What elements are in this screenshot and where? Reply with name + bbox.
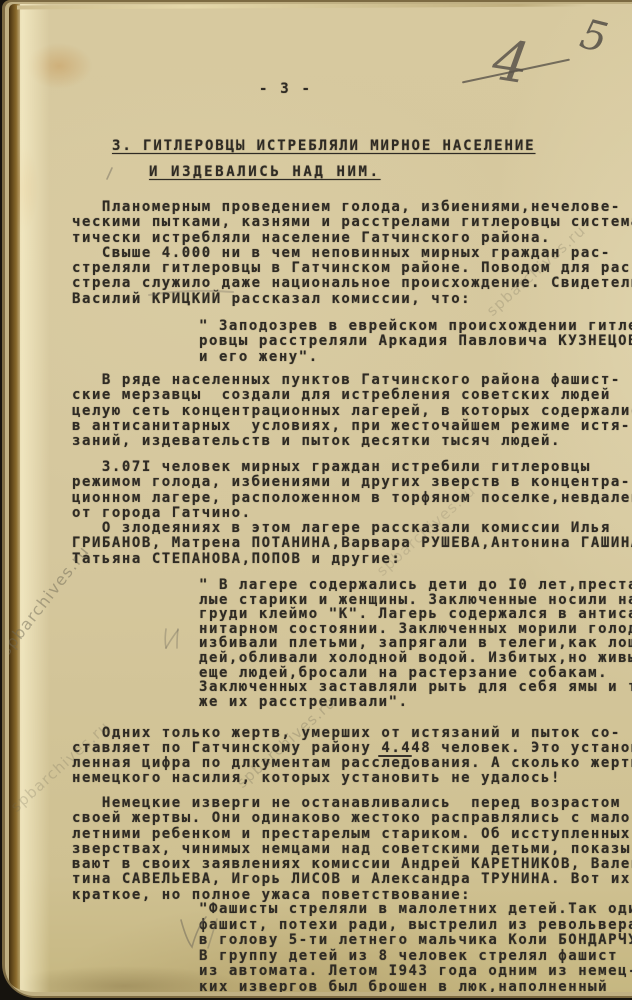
- handwritten-crossed-number: 4: [488, 28, 533, 98]
- witness-quote-kuznetsov: " Заподозрев в еврейском происхождении г…: [199, 319, 632, 365]
- paragraph-children: Немецкие изверги не останавливались пере…: [72, 796, 632, 903]
- witness-quote-children: "Фашисты стреляли в малолетних детей.Так…: [199, 902, 632, 992]
- pencil-letter-mark: [166, 630, 178, 648]
- paragraph-intro: Планомерным проведением голода, избиения…: [72, 200, 632, 307]
- scanned-document-photo: { "document": { "typed_page_number": "- …: [0, 0, 632, 1000]
- paragraph-camp-victims: 3.07I человек мирных граждан истребили г…: [72, 460, 632, 567]
- handwritten-page-number: 5: [576, 10, 613, 63]
- section-heading-line2: И ИЗДЕВАЛИСЬ НАД НИМ.: [149, 165, 381, 180]
- underline-4448-figure: [378, 755, 412, 757]
- typed-page-number: - 3 -: [259, 82, 312, 97]
- pencil-letter-mark: [165, 629, 166, 648]
- page-top-edge: [17, 4, 587, 9]
- document-page: spbarchives.ru spbarchives.ru spbarchive…: [9, 4, 632, 992]
- pencil-tick-heading: [107, 168, 112, 179]
- paragraph-victim-count: Одних только жертв, умерших от истязаний…: [72, 726, 632, 786]
- witness-quote-camp: " В лагере содержались дети до I0 лет,пр…: [199, 578, 632, 709]
- page-left-highlight: [20, 4, 50, 992]
- pencil-letter-mark: [177, 629, 178, 648]
- paragraph-camps: В ряде населенных пунктов Гатчинского ра…: [72, 373, 632, 449]
- section-heading-line1: 3. ГИТЛЕРОВЦЫ ИСТРЕБЛЯЛИ МИРНОЕ НАСЕЛЕНИ…: [112, 139, 535, 154]
